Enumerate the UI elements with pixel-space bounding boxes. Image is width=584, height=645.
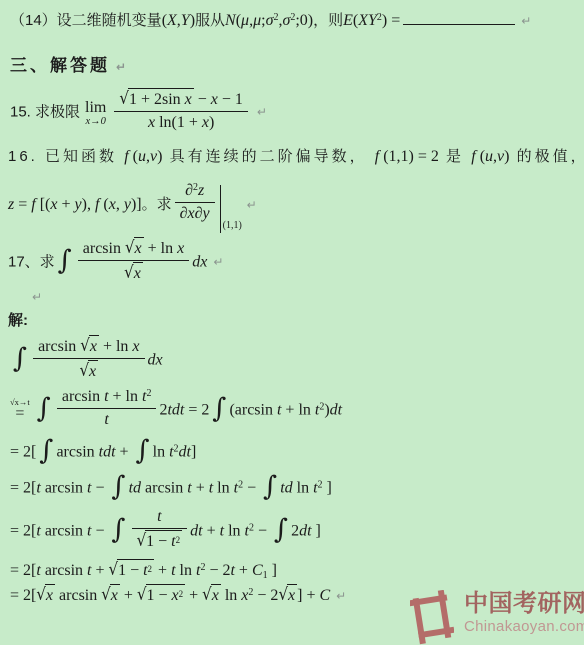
question-16-line-1: 16. 已知函数 f (u,v) 具有连续的二阶偏导数， f (1,1) = 2… <box>8 147 584 167</box>
math-run: ln <box>153 444 169 461</box>
math-run: = 2[ <box>10 562 36 579</box>
math-run: y <box>203 205 210 222</box>
math-run: 1 − <box>118 562 143 579</box>
math-run: arcsin <box>83 240 125 257</box>
math-run: − 2 <box>253 587 278 604</box>
text-run: 是 <box>439 148 471 165</box>
math-run: XY <box>358 12 377 29</box>
fraction-numerator: t <box>132 507 188 529</box>
fraction-numerator: ∂2z <box>175 181 215 203</box>
math-radical: √1 − x2 <box>137 584 185 606</box>
fraction-denominator: t <box>57 409 157 430</box>
math-fraction: arcsin t + ln t2t <box>57 387 157 430</box>
math-run: + <box>235 562 252 579</box>
math-run: )] <box>131 196 142 213</box>
math-run: ∂ <box>180 205 188 222</box>
section-heading: 三、解答题↵ <box>10 55 584 77</box>
radical-icon: √ <box>124 262 134 283</box>
math-run: x <box>212 587 219 604</box>
math-run: − <box>91 480 108 497</box>
math-run: dt <box>179 444 191 461</box>
watermark-title: 中国考研网 <box>464 590 584 618</box>
math-run: z <box>198 182 204 199</box>
math-run: ) = <box>382 12 400 29</box>
math-run: + <box>185 587 202 604</box>
math-run: (1,1) = 2 <box>379 148 439 165</box>
math-run: + <box>91 562 108 579</box>
math-run: ] <box>323 480 332 497</box>
text-run: 16. 已知函数 <box>8 148 124 165</box>
math-run: N <box>225 12 236 29</box>
math-run: 1 − <box>146 533 171 550</box>
math-run: td <box>280 480 292 497</box>
radical-icon: √ <box>202 584 212 605</box>
question-16-line-2: z = f [(x + y), f (x, y)]。求∂2z∂x∂y(1,1)↵ <box>8 181 584 229</box>
radical-icon: √ <box>125 237 135 258</box>
integral-icon: ∫ <box>39 437 53 464</box>
text-run: 解: <box>8 312 28 329</box>
math-run: C <box>319 587 330 604</box>
watermark: 中国考研网 Chinakaoyan.com <box>410 590 584 645</box>
superscript: 2 <box>176 535 181 545</box>
solution-label: 解: <box>8 312 584 331</box>
math-run: dt <box>330 402 342 419</box>
fraction-numerator: arcsin √x + ln x <box>33 335 144 359</box>
math-run: + ln <box>99 338 132 355</box>
equals-sign: = <box>10 406 30 422</box>
math-run: ) <box>209 114 214 131</box>
math-run: − 2 <box>205 562 230 579</box>
text-run: 服从 <box>195 12 225 29</box>
math-run: = <box>14 196 31 213</box>
text-run: 15. 求极限 <box>10 103 80 120</box>
solution-step-3: = 2[∫arcsin tdt + ∫ln t2dt] <box>10 439 584 466</box>
math-run: 2 <box>291 523 299 540</box>
math-run: ( <box>99 196 108 213</box>
integral-icon: ∫ <box>13 345 27 372</box>
math-run: x <box>185 91 192 108</box>
math-run: y <box>124 196 131 213</box>
superscript: 2 <box>146 388 151 399</box>
math-run: μ <box>241 12 249 29</box>
text-run: 17、求 <box>8 253 55 270</box>
math-run: t <box>157 508 161 525</box>
math-run: x <box>172 587 179 604</box>
math-run: x <box>288 587 295 604</box>
math-radical: √1 + 2sin x <box>119 88 193 110</box>
paragraph-mark-icon: ↵ <box>521 14 531 28</box>
math-fraction: arcsin √x + ln x√x <box>78 237 189 284</box>
math-run: = 2[ <box>10 444 36 461</box>
radical-icon: √ <box>109 559 119 580</box>
math-run: ( <box>476 148 485 165</box>
math-run: ;0) <box>295 12 313 29</box>
math-run: tdt <box>167 402 184 419</box>
math-run: arcsin <box>38 338 80 355</box>
math-run: tdt <box>99 444 116 461</box>
math-run: x <box>109 196 116 213</box>
math-run: + <box>192 480 209 497</box>
math-run: x <box>111 587 118 604</box>
question-17: 17、求∫arcsin √x + ln x√xdx↵ <box>8 239 584 286</box>
math-run: − <box>254 523 271 540</box>
solution-step-4: = 2[t arcsin t − ∫td arcsin t + t ln t2 … <box>10 475 584 502</box>
fraction-denominator: √1 − t2 <box>132 529 188 552</box>
math-radical: √x <box>80 335 99 357</box>
math-run: − <box>91 523 108 540</box>
radicand: 1 − t2 <box>145 530 182 552</box>
math-run: = 2[ <box>10 480 36 497</box>
math-run: x <box>211 91 218 108</box>
math-run: ln <box>293 480 313 497</box>
math-run: + <box>203 523 220 540</box>
math-run: x <box>89 363 96 380</box>
math-run: u <box>138 148 146 165</box>
radicand: x <box>211 584 221 606</box>
radical-icon: √ <box>36 584 46 605</box>
radical-icon: √ <box>79 360 89 381</box>
question-14: （14）设二维随机变量(X,Y)服从N(μ,μ;σ2,σ2;0)，则E(XY2)… <box>10 0 584 31</box>
radicand: x <box>134 237 144 259</box>
radicand: 1 − t2 <box>117 559 154 581</box>
text-run: 具有连续的二阶偏导数， <box>162 148 374 165</box>
solution-step-1: ∫arcsin √x + ln x√xdx <box>10 337 584 384</box>
math-run: [( <box>36 196 51 213</box>
text-run: ，则 <box>313 12 343 29</box>
math-run: arcsin <box>41 480 87 497</box>
integral-icon: ∫ <box>136 437 150 464</box>
math-run: arcsin <box>62 388 104 405</box>
math-run: x <box>90 338 97 355</box>
math-run: + <box>116 444 133 461</box>
math-fraction: t√1 − t2 <box>132 507 188 552</box>
evaluation-bar: (1,1) <box>220 185 241 233</box>
math-fraction: ∂2z∂x∂y <box>175 181 215 224</box>
math-run: dt <box>190 523 202 540</box>
math-run: Y <box>181 12 190 29</box>
math-run: x <box>46 587 53 604</box>
limit-label: lim <box>85 100 106 116</box>
solution-step-2: √x→t=∫arcsin t + ln t2t2tdt = 2∫(arcsin … <box>10 389 584 432</box>
math-run: arcsin <box>141 480 187 497</box>
radicand: x <box>88 360 98 382</box>
math-run: + ln <box>281 402 314 419</box>
math-run: v <box>150 148 157 165</box>
evaluation-point: (1,1) <box>223 220 242 233</box>
math-radical: √x <box>125 237 144 259</box>
radical-icon: √ <box>119 88 129 109</box>
math-run: y <box>75 196 82 213</box>
math-radical: √x <box>202 584 221 606</box>
paragraph-mark-icon: ↵ <box>213 255 223 269</box>
math-run: x <box>134 265 141 282</box>
annotated-equals: √x→t= <box>10 398 30 423</box>
text-run: （14）设二维随机变量 <box>10 12 162 29</box>
text-run: 。求 <box>142 196 172 213</box>
limit-operator: limx→0 <box>85 100 106 128</box>
fraction-numerator: √1 + 2sin x − x − 1 <box>114 88 248 112</box>
math-radical: √x <box>124 262 143 284</box>
math-run: x <box>177 240 184 257</box>
math-run: ] <box>268 562 277 579</box>
text-run: 的极值， <box>509 148 584 165</box>
integral-icon: ∫ <box>58 247 72 274</box>
math-run: ), <box>82 196 95 213</box>
superscript: 2 <box>179 589 184 599</box>
radical-icon: √ <box>80 335 90 356</box>
math-run: dt <box>299 523 311 540</box>
limit-subscript: x→0 <box>85 117 106 128</box>
fraction-denominator: ∂x∂y <box>175 203 215 224</box>
radical-icon: √ <box>137 530 147 551</box>
watermark-subtitle: Chinakaoyan.com <box>464 618 584 637</box>
integral-icon: ∫ <box>112 473 126 500</box>
document-page: （14）设二维随机变量(X,Y)服从N(μ,μ;σ2,σ2;0)，则E(XY2)… <box>0 0 584 645</box>
fraction-numerator: arcsin t + ln t2 <box>57 387 157 409</box>
math-run: arcsin <box>41 523 87 540</box>
empty-paragraph: ↵ <box>26 288 584 307</box>
math-run: ( <box>129 148 138 165</box>
watermark-text: 中国考研网 Chinakaoyan.com <box>464 590 584 636</box>
integral-icon: ∫ <box>37 395 51 422</box>
math-run: ln <box>176 562 196 579</box>
paragraph-mark-icon: ↵ <box>336 589 346 603</box>
radicand: x <box>133 262 143 284</box>
paragraph-mark-icon: ↵ <box>257 105 267 119</box>
math-run: 1 − <box>147 587 172 604</box>
math-run: X <box>167 12 177 29</box>
math-run: E <box>343 12 353 29</box>
math-radical: √1 − t2 <box>109 559 155 581</box>
math-run: = 2 <box>184 402 209 419</box>
math-run: x <box>202 114 209 131</box>
math-run: + ln <box>109 388 142 405</box>
math-run: − <box>243 480 260 497</box>
paragraph-mark-icon: ↵ <box>247 198 257 212</box>
text-run: 三、解答题 <box>10 56 110 75</box>
radical-icon: √ <box>137 584 147 605</box>
radical-icon: √ <box>101 584 111 605</box>
math-run: ∂ <box>195 205 203 222</box>
fraction-denominator: √x <box>78 261 189 284</box>
math-run: ln(1 + <box>155 114 202 131</box>
answer-blank <box>403 10 515 25</box>
math-run: arcsin <box>41 562 87 579</box>
math-run: arcsin <box>55 587 101 604</box>
math-run: = 2[ <box>10 587 36 604</box>
radicand: x <box>45 584 55 606</box>
fraction-denominator: x ln(1 + x) <box>114 112 248 133</box>
solution-step-6: = 2[t arcsin t + √1 − t2 + t ln t2 − 2t … <box>10 559 584 581</box>
math-fraction: √1 + 2sin x − x − 1x ln(1 + x) <box>114 88 248 133</box>
math-run: x <box>135 240 142 257</box>
math-radical: √x <box>101 584 120 606</box>
fraction-denominator: √x <box>33 359 144 382</box>
math-run: td <box>129 480 141 497</box>
integral-icon: ∫ <box>263 473 277 500</box>
math-run: ln <box>221 587 241 604</box>
math-run: + <box>57 196 74 213</box>
math-run: ] <box>312 523 321 540</box>
math-run: (arcsin <box>229 402 277 419</box>
radicand: x <box>287 584 297 606</box>
math-run: x <box>148 114 155 131</box>
math-run: ln <box>224 523 244 540</box>
math-run: + <box>154 562 171 579</box>
math-run: x <box>188 205 195 222</box>
math-run: = 2[ <box>10 523 36 540</box>
math-run: t <box>104 411 108 428</box>
math-run: − 1 <box>218 91 243 108</box>
math-run: ln <box>213 480 233 497</box>
radicand: x <box>110 584 120 606</box>
math-radical: √x <box>79 360 98 382</box>
radicand: 1 + 2sin x <box>128 88 194 110</box>
fraction-numerator: arcsin √x + ln x <box>78 237 189 261</box>
question-15: 15. 求极限limx→0√1 + 2sin x − x − 1x ln(1 +… <box>10 90 584 135</box>
math-run: + <box>120 587 137 604</box>
math-radical: √1 − t2 <box>137 530 183 552</box>
chinakaoyan-logo-icon <box>410 590 454 645</box>
superscript: 2 <box>148 564 153 574</box>
math-fraction: arcsin √x + ln x√x <box>33 335 144 382</box>
math-run: arcsin <box>56 444 98 461</box>
math-radical: √x <box>36 584 55 606</box>
math-run: x <box>132 338 139 355</box>
math-run: dx <box>192 253 207 270</box>
math-run: u <box>485 148 493 165</box>
math-run: μ <box>253 12 261 29</box>
math-run: 1 + 2sin <box>129 91 185 108</box>
integral-icon: ∫ <box>212 395 226 422</box>
integral-icon: ∫ <box>274 516 288 543</box>
math-run: + ln <box>144 240 177 257</box>
math-radical: √x <box>278 584 297 606</box>
integral-icon: ∫ <box>112 516 126 543</box>
radical-icon: √ <box>278 584 288 605</box>
radicand: 1 − x2 <box>146 584 186 606</box>
solution-step-5: = 2[t arcsin t − ∫t√1 − t2dt + t ln t2 −… <box>10 509 584 554</box>
paragraph-mark-icon: ↵ <box>32 290 42 304</box>
math-run: − <box>194 91 211 108</box>
math-run: ] <box>191 444 196 461</box>
paragraph-mark-icon: ↵ <box>116 60 126 74</box>
math-run: ] + <box>297 587 319 604</box>
math-run: C <box>252 562 263 579</box>
math-run: dx <box>148 352 163 369</box>
math-run: , <box>116 196 124 213</box>
radicand: x <box>89 335 99 357</box>
